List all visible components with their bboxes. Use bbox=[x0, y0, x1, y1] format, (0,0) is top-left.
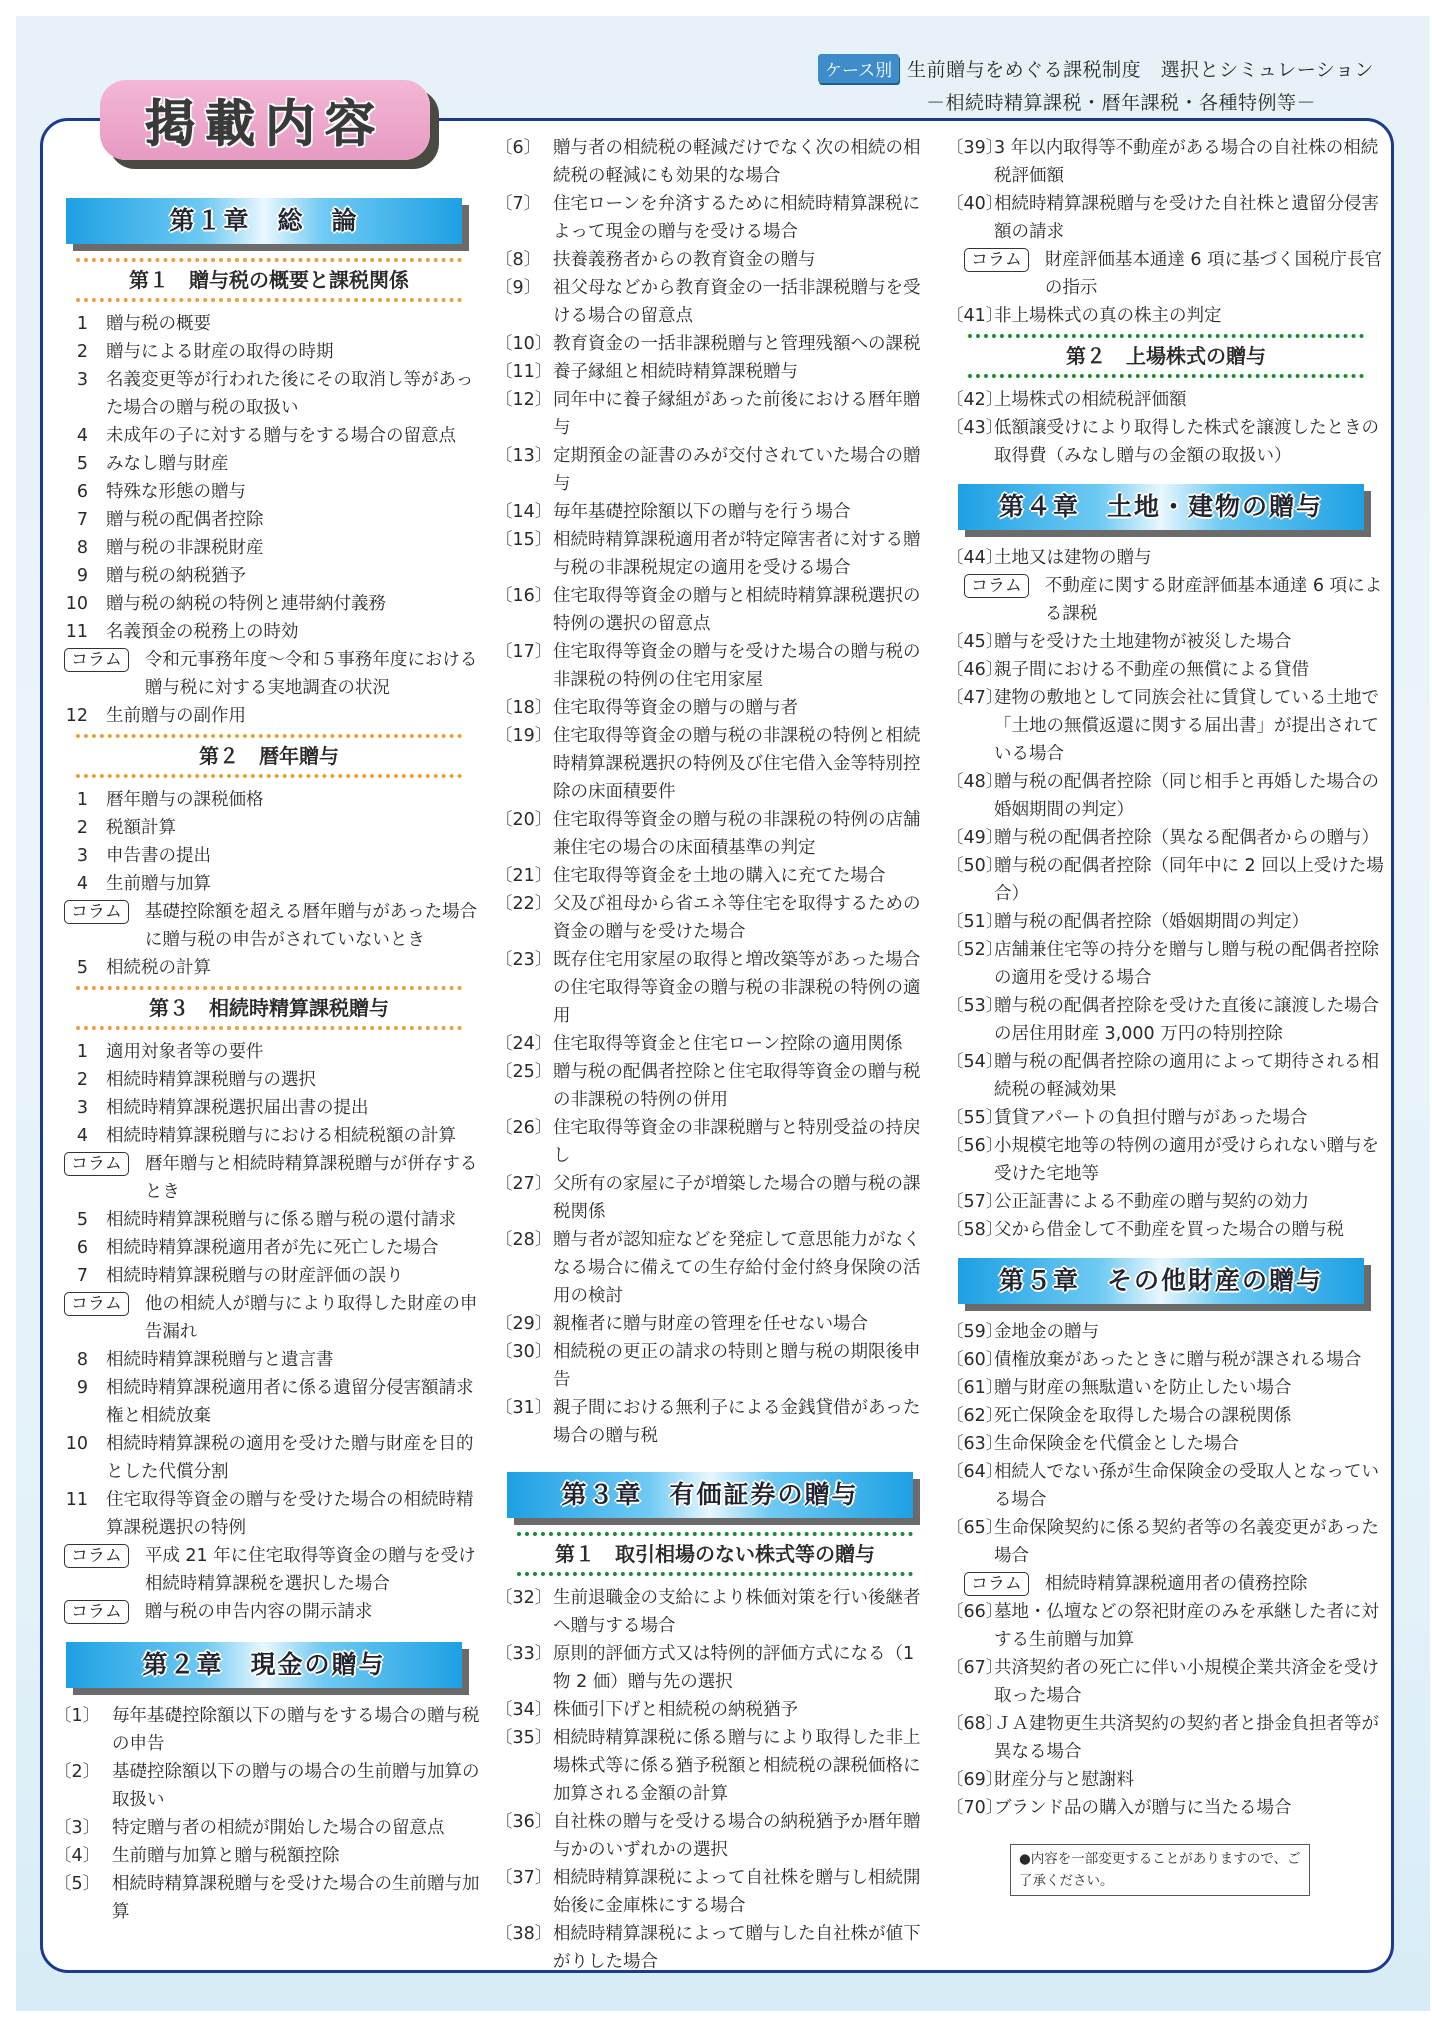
item-number: 〔28〕 bbox=[495, 1226, 553, 1254]
item-number: 5 bbox=[54, 954, 106, 982]
item-text: 3 年以内取得等不動産がある場合の自社株の相続税評価額 bbox=[994, 134, 1386, 190]
column-label-badge: コラム bbox=[64, 1544, 129, 1568]
book-header: ケース別 生前贈与をめぐる課税制度 選択とシミュレーション －相続時精算課税・暦… bbox=[818, 52, 1418, 115]
item-text: 財産分与と慰謝料 bbox=[994, 1766, 1386, 1794]
item-list: 〔44〕土地又は建物の贈与コラム不動産に関する財産評価基本通達 6 項による課税… bbox=[946, 544, 1386, 1244]
item-text: 贈与税の配偶者控除（異なる配偶者からの贈与） bbox=[994, 824, 1386, 852]
item-text: 住宅取得等資金の贈与を受けた場合の贈与税の非課税の特例の住宅用家屋 bbox=[553, 638, 935, 694]
toc-item: 〔32〕生前退職金の支給により株価対策を行い後継者へ贈与する場合 bbox=[495, 1584, 935, 1640]
item-text: 相続時精算課税に係る贈与により取得した非上場株式等に係る猶予税額と相続税の課税価… bbox=[553, 1724, 935, 1808]
section-heading: 第１ 取引相場のない株式等の贈与 bbox=[517, 1532, 913, 1576]
item-number: 〔29〕 bbox=[495, 1310, 553, 1338]
item-list: 〔6〕贈与者の相続税の軽減だけでなく次の相続の相続税の軽減にも効果的な場合〔7〕… bbox=[495, 134, 935, 1450]
toc-item: 〔13〕定期預金の証書のみが交付されていた場合の贈与 bbox=[495, 442, 935, 498]
item-text: 相続時精算課税適用者の債務控除 bbox=[1045, 1570, 1386, 1598]
item-text: 住宅取得等資金の贈与を受けた場合の相続時精算課税選択の特例 bbox=[106, 1486, 484, 1542]
toc-item: 5みなし贈与財産 bbox=[54, 450, 484, 478]
item-list: 1暦年贈与の課税価格2税額計算3申告書の提出4生前贈与加算コラム基礎控除額を超え… bbox=[54, 786, 484, 982]
item-number: 〔61〕 bbox=[946, 1374, 994, 1402]
item-text: 不動産に関する財産評価基本通達 6 項による課税 bbox=[1045, 572, 1386, 628]
toc-item: 7贈与税の配偶者控除 bbox=[54, 506, 484, 534]
item-number: 〔13〕 bbox=[495, 442, 553, 470]
item-text: 平成 21 年に住宅取得等資金の贈与を受け相続時精算課税を選択した場合 bbox=[145, 1542, 484, 1598]
toc-item: 7相続時精算課税贈与の財産評価の誤り bbox=[54, 1262, 484, 1290]
item-text: 贈与税の配偶者控除（同じ相手と再婚した場合の婚姻期間の判定） bbox=[994, 768, 1386, 824]
item-number: 〔54〕 bbox=[946, 1048, 994, 1076]
toc-item: 9贈与税の納税猶予 bbox=[54, 562, 484, 590]
item-text: 贈与税の配偶者控除 bbox=[106, 506, 484, 534]
toc-item: 〔15〕相続時精算課税適用者が特定障害者に対する贈与税の非課税規定の適用を受ける… bbox=[495, 526, 935, 582]
item-number: 〔40〕 bbox=[946, 190, 994, 218]
item-number: 〔34〕 bbox=[495, 1696, 553, 1724]
toc-item: 〔49〕贈与税の配偶者控除（異なる配偶者からの贈与） bbox=[946, 824, 1386, 852]
toc-item: 〔66〕墓地・仏壇などの祭祀財産のみを承継した者に対する生前贈与加算 bbox=[946, 1598, 1386, 1654]
item-text: 相続時精算課税適用者が特定障害者に対する贈与税の非課税規定の適用を受ける場合 bbox=[553, 526, 935, 582]
item-text: 贈与財産の無駄遣いを防止したい場合 bbox=[994, 1374, 1386, 1402]
toc-item: 〔51〕贈与税の配偶者控除（婚姻期間の判定） bbox=[946, 908, 1386, 936]
column-label-badge: コラム bbox=[64, 1292, 129, 1316]
item-text: 既存住宅用家屋の取得と増改築等があった場合の住宅取得等資金の贈与税の非課税の特例… bbox=[553, 946, 935, 1030]
item-text: 毎年基礎控除額以下の贈与をする場合の贈与税の申告 bbox=[112, 1702, 484, 1758]
item-number: 〔26〕 bbox=[495, 1114, 553, 1142]
item-text: 相続時精算課税贈与の財産評価の誤り bbox=[106, 1262, 484, 1290]
item-number: 〔32〕 bbox=[495, 1584, 553, 1612]
toc-item: 〔5〕相続時精算課税贈与を受けた場合の生前贈与加算 bbox=[54, 1870, 484, 1926]
item-text: 生命保険金を代償金とした場合 bbox=[994, 1430, 1386, 1458]
item-list: 1贈与税の概要2贈与による財産の取得の時期3名義変更等が行われた後にその取消し等… bbox=[54, 310, 484, 730]
item-number: 〔67〕 bbox=[946, 1654, 994, 1682]
item-text: 贈与による財産の取得の時期 bbox=[106, 338, 484, 366]
page-title-badge: 掲載内容 bbox=[100, 80, 430, 160]
toc-item: 〔34〕株価引下げと相続税の納税猶予 bbox=[495, 1696, 935, 1724]
item-number: 8 bbox=[54, 534, 106, 562]
item-text: 低額譲受けにより取得した株式を譲渡したときの取得費（みなし贈与の金額の取扱い） bbox=[994, 414, 1386, 470]
chapter-2-heading: 第２章 現金の贈与 bbox=[66, 1642, 462, 1688]
item-number: 〔51〕 bbox=[946, 908, 994, 936]
item-list: 1適用対象者等の要件2相続時精算課税贈与の選択3相続時精算課税選択届出書の提出4… bbox=[54, 1038, 484, 1626]
toc-item: 〔1〕毎年基礎控除額以下の贈与をする場合の贈与税の申告 bbox=[54, 1702, 484, 1758]
item-text: 他の相続人が贈与により取得した財産の申告漏れ bbox=[145, 1290, 484, 1346]
item-number: 〔46〕 bbox=[946, 656, 994, 684]
toc-item: 1贈与税の概要 bbox=[54, 310, 484, 338]
item-number: 7 bbox=[54, 1262, 106, 1290]
item-number: 〔7〕 bbox=[495, 190, 553, 218]
toc-item: 〔55〕賃貸アパートの負担付贈与があった場合 bbox=[946, 1104, 1386, 1132]
item-list: 〔32〕生前退職金の支給により株価対策を行い後継者へ贈与する場合〔33〕原則的評… bbox=[495, 1584, 935, 1976]
toc-item: 〔42〕上場株式の相続税評価額 bbox=[946, 386, 1386, 414]
toc-item: 〔65〕生命保険契約に係る契約者等の名義変更があった場合 bbox=[946, 1514, 1386, 1570]
toc-item: 〔46〕親子間における不動産の無償による貸借 bbox=[946, 656, 1386, 684]
item-text: 財産評価基本通達 6 項に基づく国税庁長官の指示 bbox=[1045, 246, 1386, 302]
item-number: 〔44〕 bbox=[946, 544, 994, 572]
item-text: 養子縁組と相続時精算課税贈与 bbox=[553, 358, 935, 386]
item-number: 〔38〕 bbox=[495, 1920, 553, 1948]
toc-item: 〔11〕養子縁組と相続時精算課税贈与 bbox=[495, 358, 935, 386]
item-text: 相続時精算課税贈与と遺言書 bbox=[106, 1346, 484, 1374]
item-text: 毎年基礎控除額以下の贈与を行う場合 bbox=[553, 498, 935, 526]
chapter-3-heading: 第３章 有価証券の贈与 bbox=[507, 1472, 913, 1518]
item-text: 相続人でない孫が生命保険金の受取人となっている場合 bbox=[994, 1458, 1386, 1514]
item-number: 2 bbox=[54, 1066, 106, 1094]
item-text: 住宅取得等資金と住宅ローン控除の適用関係 bbox=[553, 1030, 935, 1058]
item-text: 相続時精算課税によって自社株を贈与し相続開始後に金庫株にする場合 bbox=[553, 1864, 935, 1920]
toc-item: 〔29〕親権者に贈与財産の管理を任せない場合 bbox=[495, 1310, 935, 1338]
column-label-badge: コラム bbox=[64, 900, 129, 924]
toc-item: 〔6〕贈与者の相続税の軽減だけでなく次の相続の相続税の軽減にも効果的な場合 bbox=[495, 134, 935, 190]
item-text: 住宅取得等資金の贈与税の非課税の特例と相続時精算課税選択の特例及び住宅借入金等特… bbox=[553, 722, 935, 806]
toc-item: 8贈与税の非課税財産 bbox=[54, 534, 484, 562]
item-number: 11 bbox=[54, 618, 106, 646]
item-number: 〔55〕 bbox=[946, 1104, 994, 1132]
item-number: 4 bbox=[54, 870, 106, 898]
chapter-1-heading: 第１章 総 論 bbox=[66, 198, 462, 244]
item-text: 生前贈与加算 bbox=[106, 870, 484, 898]
chapter-5-heading: 第５章 その他財産の贈与 bbox=[958, 1258, 1364, 1304]
item-text: 令和元事務年度～令和５事務年度における贈与税に対する実地調査の状況 bbox=[145, 646, 484, 702]
toc-item: 8相続時精算課税贈与と遺言書 bbox=[54, 1346, 484, 1374]
item-text: 住宅取得等資金の非課税贈与と特別受益の持戻し bbox=[553, 1114, 935, 1170]
toc-item: 〔19〕住宅取得等資金の贈与税の非課税の特例と相続時精算課税選択の特例及び住宅借… bbox=[495, 722, 935, 806]
toc-item: 2相続時精算課税贈与の選択 bbox=[54, 1066, 484, 1094]
column-label-badge: コラム bbox=[964, 574, 1029, 598]
item-number: 5 bbox=[54, 450, 106, 478]
column-label-badge: コラム bbox=[64, 1600, 129, 1624]
toc-item: 4未成年の子に対する贈与をする場合の留意点 bbox=[54, 422, 484, 450]
section-heading: 第２ 上場株式の贈与 bbox=[968, 334, 1364, 378]
toc-item: 〔8〕扶養義務者からの教育資金の贈与 bbox=[495, 246, 935, 274]
toc-item: 〔50〕贈与税の配偶者控除（同年中に 2 回以上受けた場合） bbox=[946, 852, 1386, 908]
column-label-badge: コラム bbox=[64, 648, 129, 672]
column-note-item: コラム相続時精算課税適用者の債務控除 bbox=[946, 1570, 1386, 1598]
item-number: 〔59〕 bbox=[946, 1318, 994, 1346]
item-number: 〔27〕 bbox=[495, 1170, 553, 1198]
item-text: 小規模宅地等の特例の適用が受けられない贈与を受けた宅地等 bbox=[994, 1132, 1386, 1188]
toc-item: 〔22〕父及び祖母から省エネ等住宅を取得するための資金の贈与を受けた場合 bbox=[495, 890, 935, 946]
item-text: みなし贈与財産 bbox=[106, 450, 484, 478]
toc-item: 12生前贈与の副作用 bbox=[54, 702, 484, 730]
item-number: 2 bbox=[54, 338, 106, 366]
item-text: 相続時精算課税贈与を受けた自社株と遺留分侵害額の請求 bbox=[994, 190, 1386, 246]
toc-item: 〔30〕相続税の更正の請求の特則と贈与税の期限後申告 bbox=[495, 1338, 935, 1394]
item-text: 住宅ローンを弁済するために相続時精算課税によって現金の贈与を受ける場合 bbox=[553, 190, 935, 246]
item-number: 〔49〕 bbox=[946, 824, 994, 852]
item-text: 未成年の子に対する贈与をする場合の留意点 bbox=[106, 422, 484, 450]
item-text: 贈与税の納税の特例と連帯納付義務 bbox=[106, 590, 484, 618]
item-number: 〔16〕 bbox=[495, 582, 553, 610]
item-number: 〔14〕 bbox=[495, 498, 553, 526]
toc-item: 〔28〕贈与者が認知症などを発症して意思能力がなくなる場合に備えての生存給付金付… bbox=[495, 1226, 935, 1310]
book-subtitle: －相続時精算課税・暦年課税・各種特例等－ bbox=[926, 88, 1418, 115]
toc-item: 〔23〕既存住宅用家屋の取得と増改築等があった場合の住宅取得等資金の贈与税の非課… bbox=[495, 946, 935, 1030]
item-number: 9 bbox=[54, 562, 106, 590]
toc-item: 5相続時精算課税贈与に係る贈与税の還付請求 bbox=[54, 1206, 484, 1234]
item-number: 〔56〕 bbox=[946, 1132, 994, 1160]
item-text: 税額計算 bbox=[106, 814, 484, 842]
toc-item: 6特殊な形態の贈与 bbox=[54, 478, 484, 506]
item-number: 〔6〕 bbox=[495, 134, 553, 162]
toc-item: 〔57〕公正証書による不動産の贈与契約の効力 bbox=[946, 1188, 1386, 1216]
toc-item: 〔41〕非上場株式の真の株主の判定 bbox=[946, 302, 1386, 330]
toc-item: 〔68〕ＪＡ建物更生共済契約の契約者と掛金負担者等が異なる場合 bbox=[946, 1710, 1386, 1766]
item-number: 〔60〕 bbox=[946, 1346, 994, 1374]
toc-item: 6相続時精算課税適用者が先に死亡した場合 bbox=[54, 1234, 484, 1262]
item-text: ブランド品の購入が贈与に当たる場合 bbox=[994, 1794, 1386, 1822]
toc-item: 〔58〕父から借金して不動産を買った場合の贈与税 bbox=[946, 1216, 1386, 1244]
item-text: 贈与税の申告内容の開示請求 bbox=[145, 1598, 484, 1626]
item-number: 〔11〕 bbox=[495, 358, 553, 386]
item-text: 公正証書による不動産の贈与契約の効力 bbox=[994, 1188, 1386, 1216]
item-text: 暦年贈与と相続時精算課税贈与が併存するとき bbox=[145, 1150, 484, 1206]
item-text: 名義変更等が行われた後にその取消し等があった場合の贈与税の取扱い bbox=[106, 366, 484, 422]
item-text: 非上場株式の真の株主の判定 bbox=[994, 302, 1386, 330]
item-text: 基礎控除額を超える暦年贈与があった場合に贈与税の申告がされていないとき bbox=[145, 898, 484, 954]
item-list: 〔59〕金地金の贈与〔60〕債権放棄があったときに贈与税が課される場合〔61〕贈… bbox=[946, 1318, 1386, 1822]
item-number: 〔53〕 bbox=[946, 992, 994, 1020]
item-number: 〔18〕 bbox=[495, 694, 553, 722]
toc-item: 〔4〕生前贈与加算と贈与税額控除 bbox=[54, 1842, 484, 1870]
item-number: 4 bbox=[54, 1122, 106, 1150]
item-number: 〔70〕 bbox=[946, 1794, 994, 1822]
item-number: 〔64〕 bbox=[946, 1458, 994, 1486]
item-number: 〔3〕 bbox=[54, 1814, 112, 1842]
toc-item: 11名義預金の税務上の時効 bbox=[54, 618, 484, 646]
item-number: 〔35〕 bbox=[495, 1724, 553, 1752]
item-number: 11 bbox=[54, 1486, 106, 1514]
toc-item: 〔61〕贈与財産の無駄遣いを防止したい場合 bbox=[946, 1374, 1386, 1402]
item-number: 10 bbox=[54, 1430, 106, 1458]
item-text: 死亡保険金を取得した場合の課税関係 bbox=[994, 1402, 1386, 1430]
item-text: 贈与税の納税猶予 bbox=[106, 562, 484, 590]
item-number: 〔24〕 bbox=[495, 1030, 553, 1058]
item-text: 申告書の提出 bbox=[106, 842, 484, 870]
item-number: 3 bbox=[54, 1094, 106, 1122]
item-text: 債権放棄があったときに贈与税が課される場合 bbox=[994, 1346, 1386, 1374]
item-number: 8 bbox=[54, 1346, 106, 1374]
item-text: 教育資金の一括非課税贈与と管理残額への課税 bbox=[553, 330, 935, 358]
column-note-item: コラム平成 21 年に住宅取得等資金の贈与を受け相続時精算課税を選択した場合 bbox=[54, 1542, 484, 1598]
toc-item: 〔39〕3 年以内取得等不動産がある場合の自社株の相続税評価額 bbox=[946, 134, 1386, 190]
item-text: 生前退職金の支給により株価対策を行い後継者へ贈与する場合 bbox=[553, 1584, 935, 1640]
item-text: 相続時精算課税贈与に係る贈与税の還付請求 bbox=[106, 1206, 484, 1234]
item-number: 〔69〕 bbox=[946, 1766, 994, 1794]
item-text: 贈与税の配偶者控除を受けた直後に譲渡した場合の居住用財産 3,000 万円の特別… bbox=[994, 992, 1386, 1048]
item-number: 〔33〕 bbox=[495, 1640, 553, 1668]
item-number: 〔37〕 bbox=[495, 1864, 553, 1892]
item-number: 〔36〕 bbox=[495, 1808, 553, 1836]
toc-item: 4相続時精算課税贈与における相続税額の計算 bbox=[54, 1122, 484, 1150]
item-number: 2 bbox=[54, 814, 106, 842]
item-list: 〔39〕3 年以内取得等不動産がある場合の自社株の相続税評価額〔40〕相続時精算… bbox=[946, 134, 1386, 330]
toc-item: 〔20〕住宅取得等資金の贈与税の非課税の特例の店舗兼住宅の場合の床面積基準の判定 bbox=[495, 806, 935, 862]
item-number: 〔42〕 bbox=[946, 386, 994, 414]
item-text: 土地又は建物の贈与 bbox=[994, 544, 1386, 572]
column-2: 〔6〕贈与者の相続税の軽減だけでなく次の相続の相続税の軽減にも効果的な場合〔7〕… bbox=[495, 134, 935, 1976]
item-text: 相続時精算課税適用者に係る遺留分侵害額請求権と相続放棄 bbox=[106, 1374, 484, 1430]
item-text: 相続時精算課税の適用を受けた贈与財産を目的とした代償分割 bbox=[106, 1430, 484, 1486]
item-text: 父及び祖母から省エネ等住宅を取得するための資金の贈与を受けた場合 bbox=[553, 890, 935, 946]
case-badge: ケース別 bbox=[818, 54, 899, 83]
toc-item: 〔54〕贈与税の配偶者控除の適用によって期待される相続税の軽減効果 bbox=[946, 1048, 1386, 1104]
item-text: 相続税の計算 bbox=[106, 954, 484, 982]
item-text: 生前贈与加算と贈与税額控除 bbox=[112, 1842, 484, 1870]
item-text: 店舗兼住宅等の持分を贈与し贈与税の配偶者控除の適用を受ける場合 bbox=[994, 936, 1386, 992]
item-text: 建物の敷地として同族会社に賃貸している土地で「土地の無償返還に関する届出書」が提… bbox=[994, 684, 1386, 768]
item-number: 1 bbox=[54, 310, 106, 338]
item-number: 1 bbox=[54, 786, 106, 814]
column-note-item: コラム基礎控除額を超える暦年贈与があった場合に贈与税の申告がされていないとき bbox=[54, 898, 484, 954]
toc-item: 〔18〕住宅取得等資金の贈与の贈与者 bbox=[495, 694, 935, 722]
item-number: 〔15〕 bbox=[495, 526, 553, 554]
item-number: 〔8〕 bbox=[495, 246, 553, 274]
item-number: 10 bbox=[54, 590, 106, 618]
item-number: 3 bbox=[54, 842, 106, 870]
item-number: 〔47〕 bbox=[946, 684, 994, 712]
toc-item: 〔21〕住宅取得等資金を土地の購入に充てた場合 bbox=[495, 862, 935, 890]
toc-item: 〔31〕親子間における無利子による金銭貸借があった場合の贈与税 bbox=[495, 1394, 935, 1450]
toc-item: 10相続時精算課税の適用を受けた贈与財産を目的とした代償分割 bbox=[54, 1430, 484, 1486]
toc-item: 3申告書の提出 bbox=[54, 842, 484, 870]
item-text: 贈与者が認知症などを発症して意思能力がなくなる場合に備えての生存給付金付終身保険… bbox=[553, 1226, 935, 1310]
item-text: 相続時精算課税贈与を受けた場合の生前贈与加算 bbox=[112, 1870, 484, 1926]
toc-item: 〔67〕共済契約者の死亡に伴い小規模企業共済金を受け取った場合 bbox=[946, 1654, 1386, 1710]
item-text: 名義預金の税務上の時効 bbox=[106, 618, 484, 646]
toc-item: 4生前贈与加算 bbox=[54, 870, 484, 898]
item-number: 6 bbox=[54, 478, 106, 506]
item-number: 12 bbox=[54, 702, 106, 730]
toc-item: 〔17〕住宅取得等資金の贈与を受けた場合の贈与税の非課税の特例の住宅用家屋 bbox=[495, 638, 935, 694]
item-text: 贈与税の配偶者控除の適用によって期待される相続税の軽減効果 bbox=[994, 1048, 1386, 1104]
toc-item: 〔45〕贈与を受けた土地建物が被災した場合 bbox=[946, 628, 1386, 656]
toc-item: 2贈与による財産の取得の時期 bbox=[54, 338, 484, 366]
item-number: 〔9〕 bbox=[495, 274, 553, 302]
item-text: 生前贈与の副作用 bbox=[106, 702, 484, 730]
item-text: 適用対象者等の要件 bbox=[106, 1038, 484, 1066]
item-text: 扶養義務者からの教育資金の贈与 bbox=[553, 246, 935, 274]
item-text: 住宅取得等資金の贈与と相続時精算課税選択の特例の選択の留意点 bbox=[553, 582, 935, 638]
toc-item: 〔12〕同年中に養子縁組があった前後における暦年贈与 bbox=[495, 386, 935, 442]
item-number: 〔19〕 bbox=[495, 722, 553, 750]
item-text: 父から借金して不動産を買った場合の贈与税 bbox=[994, 1216, 1386, 1244]
toc-item: 〔70〕ブランド品の購入が贈与に当たる場合 bbox=[946, 1794, 1386, 1822]
toc-item: 〔60〕債権放棄があったときに贈与税が課される場合 bbox=[946, 1346, 1386, 1374]
item-number: 〔23〕 bbox=[495, 946, 553, 974]
item-number: 〔52〕 bbox=[946, 936, 994, 964]
item-text: 定期預金の証書のみが交付されていた場合の贈与 bbox=[553, 442, 935, 498]
item-number: 〔1〕 bbox=[54, 1702, 112, 1730]
item-text: 暦年贈与の課税価格 bbox=[106, 786, 484, 814]
item-text: 贈与者の相続税の軽減だけでなく次の相続の相続税の軽減にも効果的な場合 bbox=[553, 134, 935, 190]
item-number: 9 bbox=[54, 1374, 106, 1402]
item-number: 〔2〕 bbox=[54, 1758, 112, 1786]
toc-item: 〔25〕贈与税の配偶者控除と住宅取得等資金の贈与税の非課税の特例の併用 bbox=[495, 1058, 935, 1114]
toc-item: 9相続時精算課税適用者に係る遺留分侵害額請求権と相続放棄 bbox=[54, 1374, 484, 1430]
item-text: 賃貸アパートの負担付贈与があった場合 bbox=[994, 1104, 1386, 1132]
item-number: 1 bbox=[54, 1038, 106, 1066]
item-number: 〔66〕 bbox=[946, 1598, 994, 1626]
item-text: 相続時精算課税贈与の選択 bbox=[106, 1066, 484, 1094]
item-text: 相続税の更正の請求の特則と贈与税の期限後申告 bbox=[553, 1338, 935, 1394]
item-number: 〔12〕 bbox=[495, 386, 553, 414]
toc-item: 〔64〕相続人でない孫が生命保険金の受取人となっている場合 bbox=[946, 1458, 1386, 1514]
toc-item: 〔33〕原則的評価方式又は特例的評価方式になる（1 物 2 価）贈与先の選択 bbox=[495, 1640, 935, 1696]
toc-item: 〔43〕低額譲受けにより取得した株式を譲渡したときの取得費（みなし贈与の金額の取… bbox=[946, 414, 1386, 470]
toc-item: 〔2〕基礎控除額以下の贈与の場合の生前贈与加算の取扱い bbox=[54, 1758, 484, 1814]
toc-item: 〔38〕相続時精算課税によって贈与した自社株が値下がりした場合 bbox=[495, 1920, 935, 1976]
item-text: 相続時精算課税選択届出書の提出 bbox=[106, 1094, 484, 1122]
page-title: 掲載内容 bbox=[145, 84, 385, 156]
column-note-item: コラム財産評価基本通達 6 項に基づく国税庁長官の指示 bbox=[946, 246, 1386, 302]
item-text: 父所有の家屋に子が増築した場合の贈与税の課税関係 bbox=[553, 1170, 935, 1226]
item-text: 相続時精算課税によって贈与した自社株が値下がりした場合 bbox=[553, 1920, 935, 1976]
item-number: 4 bbox=[54, 422, 106, 450]
item-number: 〔50〕 bbox=[946, 852, 994, 880]
item-text: 金地金の贈与 bbox=[994, 1318, 1386, 1346]
item-text: 基礎控除額以下の贈与の場合の生前贈与加算の取扱い bbox=[112, 1758, 484, 1814]
item-number: 〔31〕 bbox=[495, 1394, 553, 1422]
item-text: 贈与を受けた土地建物が被災した場合 bbox=[994, 628, 1386, 656]
item-text: 住宅取得等資金の贈与の贈与者 bbox=[553, 694, 935, 722]
toc-item: 2税額計算 bbox=[54, 814, 484, 842]
toc-item: 〔27〕父所有の家屋に子が増築した場合の贈与税の課税関係 bbox=[495, 1170, 935, 1226]
toc-item: 〔40〕相続時精算課税贈与を受けた自社株と遺留分侵害額の請求 bbox=[946, 190, 1386, 246]
toc-item: 〔52〕店舗兼住宅等の持分を贈与し贈与税の配偶者控除の適用を受ける場合 bbox=[946, 936, 1386, 992]
item-number: 〔58〕 bbox=[946, 1216, 994, 1244]
column-label-badge: コラム bbox=[64, 1152, 129, 1176]
item-number: 〔4〕 bbox=[54, 1842, 112, 1870]
toc-item: 〔35〕相続時精算課税に係る贈与により取得した非上場株式等に係る猶予税額と相続税… bbox=[495, 1724, 935, 1808]
item-number: 〔62〕 bbox=[946, 1402, 994, 1430]
item-number: 3 bbox=[54, 366, 106, 394]
toc-item: 〔63〕生命保険金を代償金とした場合 bbox=[946, 1430, 1386, 1458]
chapter-4-heading: 第４章 土地・建物の贈与 bbox=[958, 484, 1364, 530]
item-text: 特定贈与者の相続が開始した場合の留意点 bbox=[112, 1814, 484, 1842]
item-number: 〔41〕 bbox=[946, 302, 994, 330]
item-number: 〔22〕 bbox=[495, 890, 553, 918]
toc-item: 〔69〕財産分与と慰謝料 bbox=[946, 1766, 1386, 1794]
toc-item: 1暦年贈与の課税価格 bbox=[54, 786, 484, 814]
item-text: 住宅取得等資金を土地の購入に充てた場合 bbox=[553, 862, 935, 890]
item-text: 贈与税の配偶者控除と住宅取得等資金の贈与税の非課税の特例の併用 bbox=[553, 1058, 935, 1114]
item-text: 親子間における無利子による金銭貸借があった場合の贈与税 bbox=[553, 1394, 935, 1450]
item-text: 生命保険契約に係る契約者等の名義変更があった場合 bbox=[994, 1514, 1386, 1570]
toc-item: 〔16〕住宅取得等資金の贈与と相続時精算課税選択の特例の選択の留意点 bbox=[495, 582, 935, 638]
item-number: 5 bbox=[54, 1206, 106, 1234]
toc-item: 〔36〕自社株の贈与を受ける場合の納税猶予か暦年贈与かのいずれかの選択 bbox=[495, 1808, 935, 1864]
item-text: 自社株の贈与を受ける場合の納税猶予か暦年贈与かのいずれかの選択 bbox=[553, 1808, 935, 1864]
item-text: 贈与税の概要 bbox=[106, 310, 484, 338]
item-number: 〔45〕 bbox=[946, 628, 994, 656]
item-number: 〔65〕 bbox=[946, 1514, 994, 1542]
item-number: 〔39〕 bbox=[946, 134, 994, 162]
toc-item: 〔37〕相続時精算課税によって自社株を贈与し相続開始後に金庫株にする場合 bbox=[495, 1864, 935, 1920]
toc-item: 〔7〕住宅ローンを弁済するために相続時精算課税によって現金の贈与を受ける場合 bbox=[495, 190, 935, 246]
toc-item: 1適用対象者等の要件 bbox=[54, 1038, 484, 1066]
item-text: 共済契約者の死亡に伴い小規模企業共済金を受け取った場合 bbox=[994, 1654, 1386, 1710]
item-list: 〔42〕上場株式の相続税評価額〔43〕低額譲受けにより取得した株式を譲渡したとき… bbox=[946, 386, 1386, 470]
toc-item: 10贈与税の納税の特例と連帯納付義務 bbox=[54, 590, 484, 618]
toc-item: 〔26〕住宅取得等資金の非課税贈与と特別受益の持戻し bbox=[495, 1114, 935, 1170]
toc-item: 〔24〕住宅取得等資金と住宅ローン控除の適用関係 bbox=[495, 1030, 935, 1058]
column-label-badge: コラム bbox=[964, 248, 1029, 272]
item-text: 住宅取得等資金の贈与税の非課税の特例の店舗兼住宅の場合の床面積基準の判定 bbox=[553, 806, 935, 862]
toc-item: 〔14〕毎年基礎控除額以下の贈与を行う場合 bbox=[495, 498, 935, 526]
section-heading: 第３ 相続時精算課税贈与 bbox=[76, 986, 462, 1030]
item-text: 株価引下げと相続税の納税猶予 bbox=[553, 1696, 935, 1724]
item-text: 特殊な形態の贈与 bbox=[106, 478, 484, 506]
section-heading: 第２ 暦年贈与 bbox=[76, 734, 462, 778]
item-text: 親権者に贈与財産の管理を任せない場合 bbox=[553, 1310, 935, 1338]
toc-item: 11住宅取得等資金の贈与を受けた場合の相続時精算課税選択の特例 bbox=[54, 1486, 484, 1542]
